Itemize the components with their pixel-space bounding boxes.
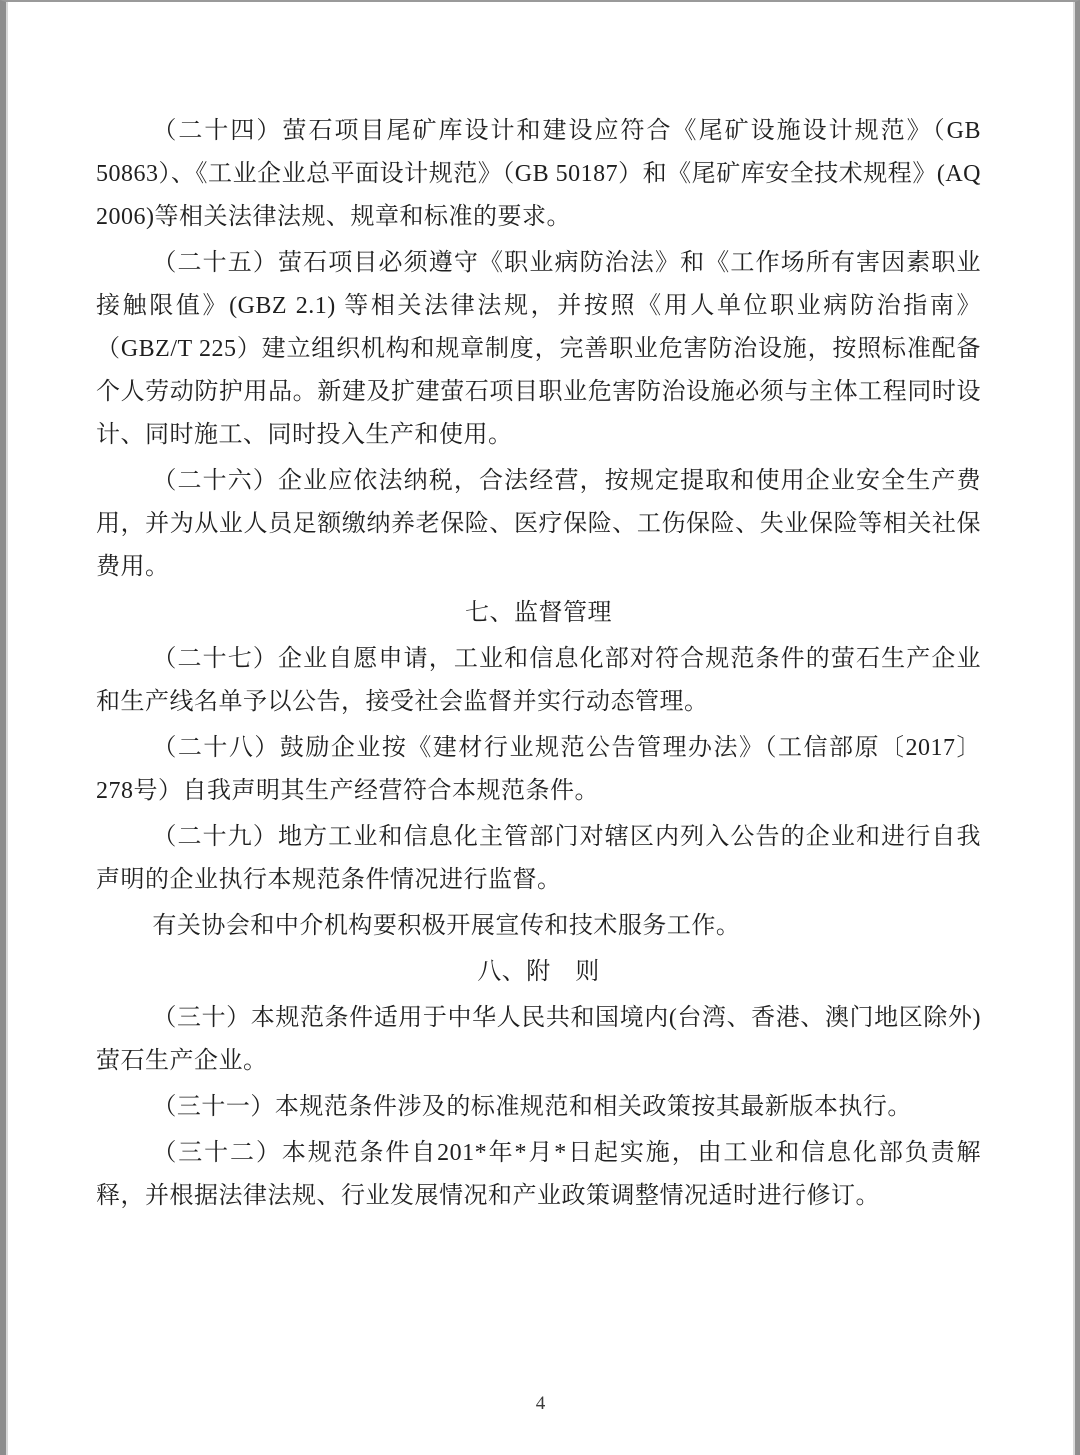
- para-31: （三十一）本规范条件涉及的标准规范和相关政策按其最新版本执行。: [96, 1086, 981, 1129]
- page-number: 4: [6, 1393, 1075, 1415]
- heading-appendix: 八、附 则: [96, 951, 981, 994]
- heading-supervision: 七、监督管理: [96, 592, 981, 635]
- para-27: （二十七）企业自愿申请，工业和信息化部对符合规范条件的萤石生产企业和生产线名单予…: [96, 638, 981, 724]
- document-page: （二十四）萤石项目尾矿库设计和建设应符合《尾矿设施设计规范》（GB 50863）…: [0, 0, 1080, 1455]
- para-24: （二十四）萤石项目尾矿库设计和建设应符合《尾矿设施设计规范》（GB 50863）…: [96, 110, 981, 239]
- para-28: （二十八）鼓励企业按《建材行业规范公告管理办法》（工信部原〔2017〕278号）…: [96, 727, 981, 813]
- para-30: （三十）本规范条件适用于中华人民共和国境内(台湾、香港、澳门地区除外)萤石生产企…: [96, 997, 981, 1083]
- para-26: （二十六）企业应依法纳税，合法经营，按规定提取和使用企业安全生产费用，并为从业人…: [96, 460, 981, 589]
- para-25: （二十五）萤石项目必须遵守《职业病防治法》和《工作场所有害因素职业接触限值》(G…: [96, 242, 981, 457]
- para-29: （二十九）地方工业和信息化主管部门对辖区内列入公告的企业和进行自我声明的企业执行…: [96, 816, 981, 902]
- para-associations: 有关协会和中介机构要积极开展宣传和技术服务工作。: [96, 905, 981, 948]
- document-body: （二十四）萤石项目尾矿库设计和建设应符合《尾矿设施设计规范》（GB 50863）…: [96, 110, 981, 1221]
- para-32: （三十二）本规范条件自201*年*月*日起实施，由工业和信息化部负责解释，并根据…: [96, 1132, 981, 1218]
